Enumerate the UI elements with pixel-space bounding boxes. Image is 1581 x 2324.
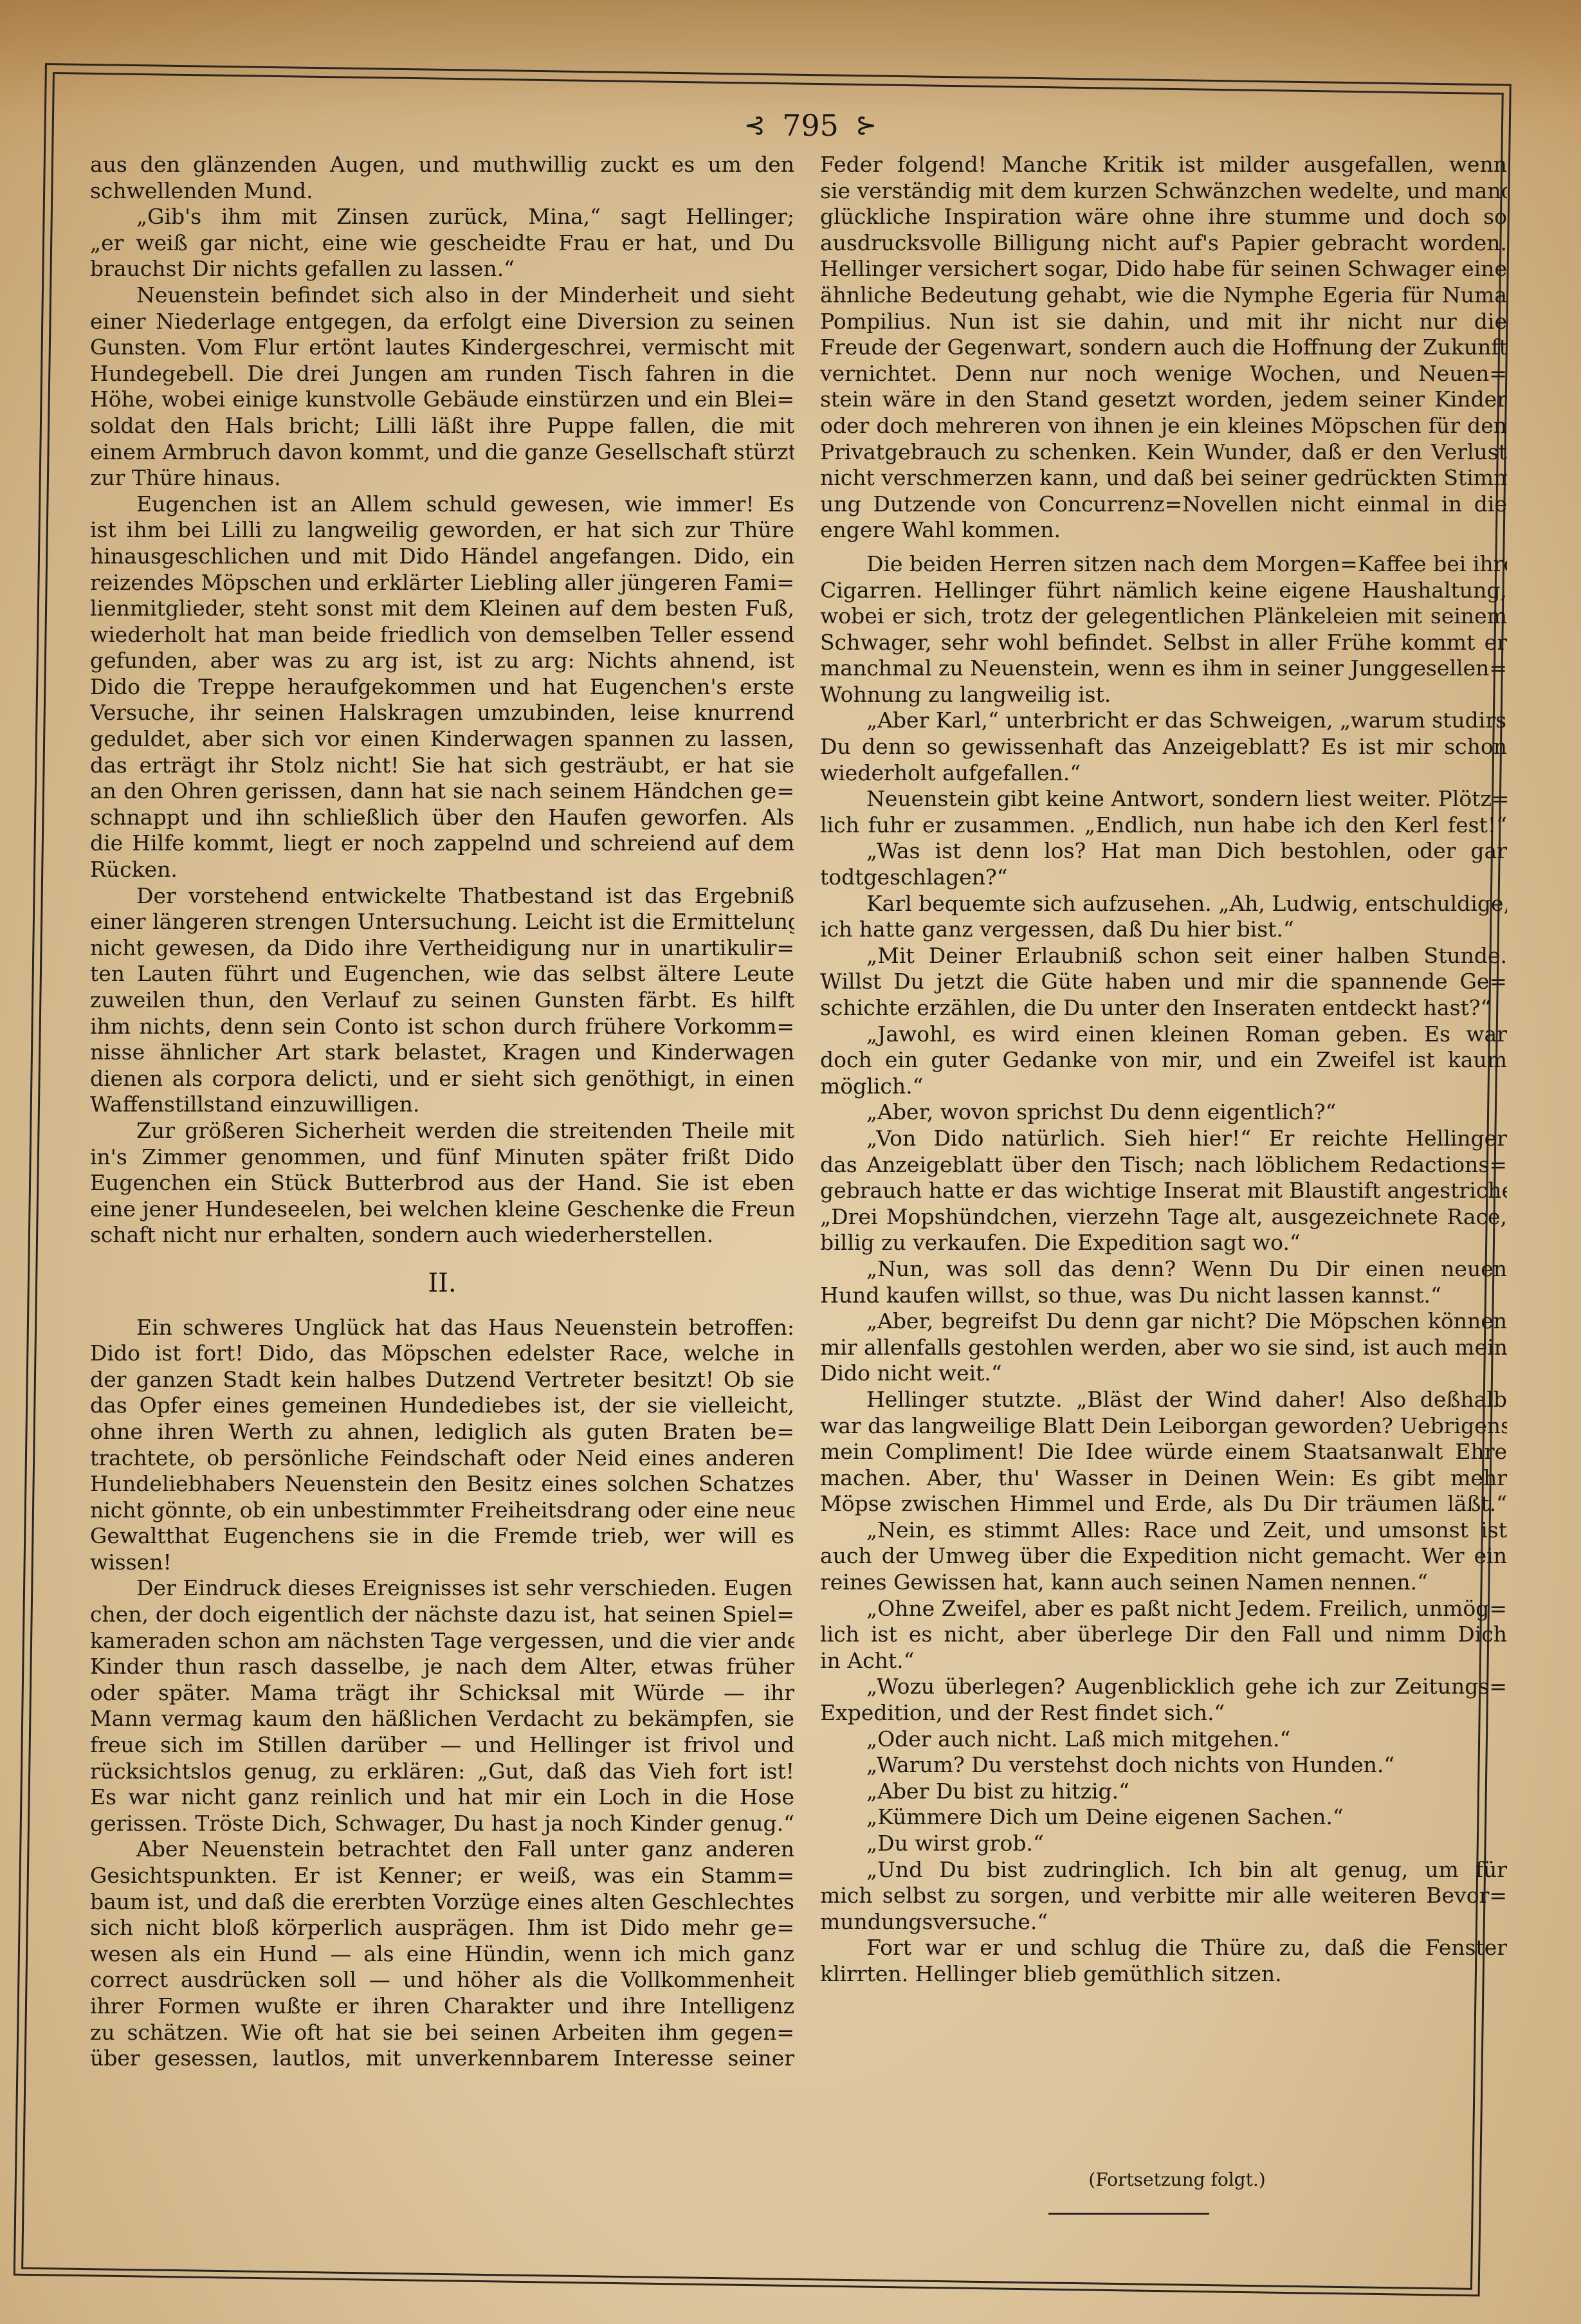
text-line: „Gib's ihm mit Zinsen zurück, Mina,“ sag… — [90, 204, 794, 230]
text-line: Zur größeren Sicherheit werden die strei… — [90, 1118, 794, 1144]
text-line: einem Armbruch davon kommt, und die ganz… — [90, 439, 794, 466]
text-line: der ganzen Stadt kein halbes Dutzend Ver… — [90, 1367, 794, 1393]
text-line: Wohnung zu langweilig ist. — [820, 682, 1507, 708]
text-line: wissen! — [90, 1550, 794, 1576]
text-line: ung Dutzende von Concurrenz=Novellen nic… — [820, 491, 1507, 518]
text-line: soldat den Hals bricht; Lilli läßt ihre … — [90, 413, 794, 439]
text-line: zuweilen thun, den Verlauf zu seinen Gun… — [90, 987, 794, 1014]
text-line: das Anzeigeblatt über den Tisch; nach lö… — [820, 1152, 1507, 1178]
text-line: machen. Aber, thu' Wasser in Deinen Wein… — [820, 1465, 1507, 1492]
text-line: Kinder thun rasch dasselbe, je nach dem … — [90, 1654, 794, 1680]
text-line: todtgeschlagen?“ — [820, 865, 1507, 891]
text-line: das Opfer eines gemeinen Hundediebes ist… — [90, 1393, 794, 1419]
text-line: manchmal zu Neuenstein, wenn es ihm in s… — [820, 655, 1507, 682]
ornament-right-icon: ⊱ — [855, 111, 877, 140]
text-line: „Aber, begreifst Du denn gar nicht? Die … — [820, 1308, 1507, 1335]
text-line: kameraden schon am nächsten Tage vergess… — [90, 1628, 794, 1654]
end-rule — [1048, 2213, 1209, 2215]
text-line: geduldet, aber sich vor einen Kinderwage… — [90, 726, 794, 753]
text-line: einer längeren strengen Untersuchung. Le… — [90, 909, 794, 935]
text-line: Neuenstein befindet sich also in der Min… — [90, 282, 794, 309]
text-line: in's Zimmer genommen, und fünf Minuten s… — [90, 1144, 794, 1171]
text-line: Expedition, und der Rest findet sich.“ — [820, 1700, 1507, 1726]
text-line: trachtete, ob persönliche Feindschaft od… — [90, 1445, 794, 1472]
text-line: Dido ist fort! Dido, das Möpschen edelst… — [90, 1340, 794, 1367]
text-line: schaft nicht nur erhalten, sondern auch … — [90, 1222, 794, 1249]
text-line: einer Niederlage entgegen, da erfolgt ei… — [90, 309, 794, 335]
text-line: schwellenden Mund. — [90, 178, 794, 205]
text-line: wesen als ein Hund — als eine Hündin, we… — [90, 1941, 794, 1968]
text-line: die Hilfe kommt, liegt er noch zappelnd … — [90, 830, 794, 857]
text-line: „er weiß gar nicht, eine wie gescheidte … — [90, 230, 794, 257]
text-line: Hundeliebhabers Neuenstein den Besitz ei… — [90, 1471, 794, 1497]
text-line: Gewaltthat Eugenchens sie in die Fremde … — [90, 1523, 794, 1550]
text-line: wiederholt aufgefallen.“ — [820, 760, 1507, 787]
text-line: an den Ohren gerissen, dann hat sie nach… — [90, 778, 794, 805]
text-line: ihm nichts, denn sein Conto ist schon du… — [90, 1014, 794, 1040]
text-line: über gesessen, lautlos, mit unverkennbar… — [90, 2045, 794, 2072]
text-line: Fort war er und schlug die Thüre zu, daß… — [820, 1935, 1507, 1961]
text-line: „Oder auch nicht. Laß mich mitgehen.“ — [820, 1726, 1507, 1753]
text-line: Eugenchen ist an Allem schuld gewesen, w… — [90, 491, 794, 518]
text-line: Der Eindruck dieses Ereignisses ist sehr… — [90, 1575, 794, 1602]
text-line: zu schätzen. Wie oft hat sie bei seinen … — [90, 2020, 794, 2046]
text-line: „Jawohl, es wird einen kleinen Roman geb… — [820, 1021, 1507, 1048]
text-line: brauchst Dir nichts gefallen zu lassen.“ — [90, 256, 794, 282]
text-line: „Was ist denn los? Hat man Dich bestohle… — [820, 838, 1507, 865]
text-line: ist ihm bei Lilli zu langweilig geworden… — [90, 517, 794, 544]
paragraph-gap — [820, 544, 1507, 551]
page-number: 795 — [782, 108, 839, 143]
text-line: ten Lauten führt und Eugenchen, wie das … — [90, 961, 794, 987]
text-line: „Wozu überlegen? Augenblicklich gehe ich… — [820, 1674, 1507, 1700]
text-line: Aber Neuenstein betrachtet den Fall unte… — [90, 1836, 794, 1863]
text-line: Karl bequemte sich aufzusehen. „Ah, Ludw… — [820, 891, 1507, 917]
text-line: „Nun, was soll das denn? Wenn Du Dir ein… — [820, 1256, 1507, 1283]
text-line: sie verständig mit dem kurzen Schwänzche… — [820, 178, 1507, 205]
text-line: „Ohne Zweifel, aber es paßt nicht Jedem.… — [820, 1596, 1507, 1622]
text-line: ihrer Formen wußte er ihren Charakter un… — [90, 1993, 794, 2020]
text-line: „Mit Deiner Erlaubniß schon seit einer h… — [820, 943, 1507, 969]
text-line: aus den glänzenden Augen, und muthwillig… — [90, 152, 794, 178]
text-line: Hellinger stutzte. „Bläst der Wind daher… — [820, 1387, 1507, 1413]
text-line: Privatgebrauch zu schenken. Kein Wunder,… — [820, 439, 1507, 466]
continuation-note: (Fortsetzung folgt.) — [1042, 2169, 1312, 2190]
left-column: aus den glänzenden Augen, und muthwillig… — [90, 152, 794, 2072]
text-line: „Aber Du bist zu hitzig.“ — [820, 1779, 1507, 1805]
text-line: dienen als corpora delicti, und er sieht… — [90, 1066, 794, 1092]
text-line: Neuenstein gibt keine Antwort, sondern l… — [820, 786, 1507, 812]
text-line: Willst Du jetzt die Güte haben und mir d… — [820, 969, 1507, 995]
right-column-text: Feder folgend! Manche Kritik ist milder … — [820, 152, 1507, 1988]
text-line: oder doch mehreren von ihnen je ein klei… — [820, 413, 1507, 439]
text-line: freue sich im Stillen darüber — und Hell… — [90, 1732, 794, 1759]
text-line: Cigarren. Hellinger führt nämlich keine … — [820, 578, 1507, 604]
text-line: vernichtet. Denn nur noch wenige Wochen,… — [820, 361, 1507, 387]
text-line: Es war nicht ganz reinlich und hat mir e… — [90, 1784, 794, 1811]
text-line: ähnliche Bedeutung gehabt, wie die Nymph… — [820, 282, 1507, 309]
text-line: ausdrucksvolle Billigung nicht auf's Pap… — [820, 230, 1507, 257]
text-line: Freude der Gegenwart, sondern auch die H… — [820, 334, 1507, 361]
text-line: reines Gewissen hat, kann auch seinen Na… — [820, 1569, 1507, 1596]
text-line: schichte erzählen, die Du unter den Inse… — [820, 995, 1507, 1021]
text-line: doch ein guter Gedanke von mir, und ein … — [820, 1047, 1507, 1074]
text-line: lienmitglieder, steht sonst mit dem Klei… — [90, 596, 794, 622]
text-line: Du denn so gewissenhaft das Anzeigeblatt… — [820, 734, 1507, 760]
page-number-header: ⊰ 795 ⊱ — [708, 106, 913, 145]
text-line: nicht verschmerzen kann, und daß bei sei… — [820, 465, 1507, 491]
text-line: gebrauch hatte er das wichtige Inserat m… — [820, 1178, 1507, 1204]
text-line: Versuche, ihr seinen Halskragen umzubind… — [90, 700, 794, 726]
left-column-text-part2: Ein schweres Unglück hat das Haus Neuens… — [90, 1315, 794, 2072]
text-line: Höhe, wobei einige kunstvolle Gebäude ei… — [90, 387, 794, 413]
text-line: Hellinger versichert sogar, Dido habe fü… — [820, 256, 1507, 282]
text-line: ohne ihren Werth zu ahnen, lediglich als… — [90, 1419, 794, 1445]
text-line: Schwager, sehr wohl befindet. Selbst in … — [820, 630, 1507, 656]
text-line: mein Compliment! Die Idee würde einem St… — [820, 1439, 1507, 1465]
text-line: Ein schweres Unglück hat das Haus Neuens… — [90, 1315, 794, 1341]
text-line: „Aber, wovon sprichst Du denn eigentlich… — [820, 1099, 1507, 1126]
text-line: zur Thüre hinaus. — [90, 465, 794, 491]
text-line: gerissen. Tröste Dich, Schwager, Du hast… — [90, 1811, 794, 1837]
text-line: „Du wirst grob.“ — [820, 1831, 1507, 1857]
text-line: hinausgeschlichen und mit Dido Händel an… — [90, 544, 794, 570]
left-column-text-part1: aus den glänzenden Augen, und muthwillig… — [90, 152, 794, 1249]
text-line: nicht gewesen, da Dido ihre Vertheidigun… — [90, 935, 794, 962]
text-line: rücksichtslos genug, zu erklären: „Gut, … — [90, 1759, 794, 1785]
text-line: Dido nicht weit.“ — [820, 1360, 1507, 1387]
text-line: wobei er sich, trotz der gelegentlichen … — [820, 603, 1507, 630]
text-line: Der vorstehend entwickelte Thatbestand i… — [90, 883, 794, 910]
text-line: lich ist es nicht, aber überlege Dir den… — [820, 1622, 1507, 1648]
text-line: Möpse zwischen Himmel und Erde, als Du D… — [820, 1491, 1507, 1517]
text-line: gefunden, aber was zu arg ist, ist zu ar… — [90, 648, 794, 674]
text-line: Pompilius. Nun ist sie dahin, und mit ih… — [820, 309, 1507, 335]
text-line: auch der Umweg über die Expedition nicht… — [820, 1543, 1507, 1569]
text-line: das erträgt ihr Stolz nicht! Sie hat sic… — [90, 753, 794, 779]
text-line: Mann vermag kaum den häßlichen Verdacht … — [90, 1706, 794, 1732]
text-line: lich fuhr er zusammen. „Endlich, nun hab… — [820, 812, 1507, 839]
text-line: glückliche Inspiration wäre ohne ihre st… — [820, 204, 1507, 230]
right-column: Feder folgend! Manche Kritik ist milder … — [820, 152, 1507, 1988]
text-line: mundungsversuche.“ — [820, 1909, 1507, 1935]
text-line: klirrten. Hellinger blieb gemüthlich sit… — [820, 1961, 1507, 1988]
text-line: stein wäre in den Stand gesetzt worden, … — [820, 387, 1507, 413]
text-line: mich selbst zu sorgen, und verbitte mir … — [820, 1883, 1507, 1909]
text-line: reizendes Möpschen und erklärter Lieblin… — [90, 570, 794, 596]
text-line: nicht gönnte, ob ein unbestimmter Freihe… — [90, 1497, 794, 1524]
ornament-left-icon: ⊰ — [744, 111, 766, 140]
text-line: möglich.“ — [820, 1074, 1507, 1100]
text-line: billig zu verkaufen. Die Expedition sagt… — [820, 1230, 1507, 1256]
text-line: Waffenstillstand einzuwilligen. — [90, 1092, 794, 1118]
text-line: baum ist, und daß die ererbten Vorzüge e… — [90, 1889, 794, 1916]
text-line: Hund kaufen willst, so thue, was Du nich… — [820, 1283, 1507, 1309]
text-line: war das langweilige Blatt Dein Leiborgan… — [820, 1413, 1507, 1440]
text-line: Hundegebell. Die drei Jungen am runden T… — [90, 361, 794, 387]
text-line: Rücken. — [90, 857, 794, 883]
text-line: correct ausdrücken soll — und höher als … — [90, 1967, 794, 1993]
text-line: „Warum? Du verstehst doch nichts von Hun… — [820, 1752, 1507, 1779]
text-line: „Von Dido natürlich. Sieh hier!“ Er reic… — [820, 1126, 1507, 1152]
text-line: engere Wahl kommen. — [820, 517, 1507, 544]
text-line: Gunsten. Vom Flur ertönt lautes Kinderge… — [90, 334, 794, 361]
text-line: sich nicht bloß körperlich ausprägen. Ih… — [90, 1915, 794, 1941]
text-line: chen, der doch eigentlich der nächste da… — [90, 1602, 794, 1628]
text-line: wiederholt hat man beide friedlich von d… — [90, 622, 794, 648]
section-heading: II. — [90, 1270, 794, 1297]
text-line: mir allenfalls gestohlen werden, aber wo… — [820, 1335, 1507, 1361]
text-line: Feder folgend! Manche Kritik ist milder … — [820, 152, 1507, 178]
text-line: „Nein, es stimmt Alles: Race und Zeit, u… — [820, 1517, 1507, 1544]
text-line: nisse ähnlicher Art stark belastet, Krag… — [90, 1039, 794, 1066]
text-line: Eugenchen ein Stück Butterbrod aus der H… — [90, 1170, 794, 1196]
text-line: in Acht.“ — [820, 1648, 1507, 1674]
text-line: Die beiden Herren sitzen nach dem Morgen… — [820, 551, 1507, 578]
text-line: Gesichtspunkten. Er ist Kenner; er weiß,… — [90, 1863, 794, 1889]
text-line: Dido die Treppe heraufgekommen und hat E… — [90, 674, 794, 700]
text-line: eine jener Hundeseelen, bei welchen klei… — [90, 1196, 794, 1223]
text-line: oder später. Mama trägt ihr Schicksal mi… — [90, 1680, 794, 1706]
text-line: schnappt und ihn schließlich über den Ha… — [90, 805, 794, 831]
text-line: ich hatte ganz vergessen, daß Du hier bi… — [820, 917, 1507, 943]
text-line: „Aber Karl,“ unterbricht er das Schweige… — [820, 708, 1507, 734]
text-line: „Drei Mopshündchen, vierzehn Tage alt, a… — [820, 1204, 1507, 1231]
text-line: „Kümmere Dich um Deine eigenen Sachen.“ — [820, 1804, 1507, 1831]
text-line: „Und Du bist zudringlich. Ich bin alt ge… — [820, 1857, 1507, 1883]
